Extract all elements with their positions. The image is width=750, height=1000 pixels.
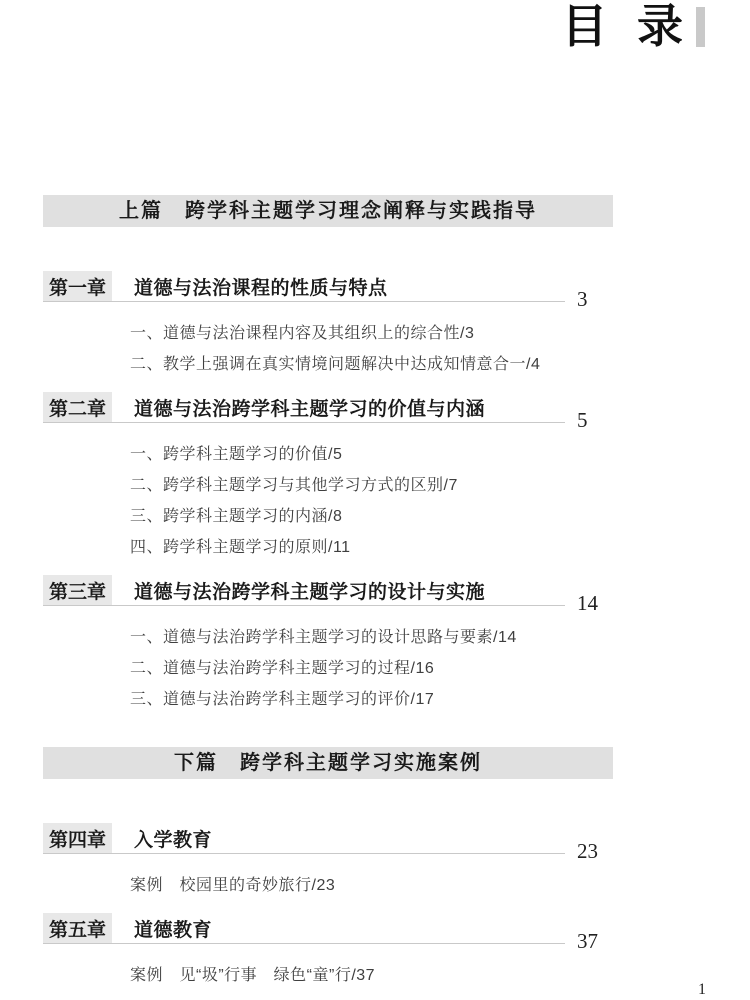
chapter-page-number: 37 bbox=[577, 929, 598, 954]
chapter-sub-items: 一、道德与法治课程内容及其组织上的综合性/3 二、教学上强调在真实情境问题解决中… bbox=[130, 318, 613, 380]
part-banner-lower: 下篇 跨学科主题学习实施案例 bbox=[43, 747, 613, 779]
chapter-page-number: 3 bbox=[577, 287, 588, 312]
chapter-entry-4: 第四章 入学教育 23 案例 校园里的奇妙旅行/23 bbox=[43, 823, 613, 901]
chapter-page-number: 23 bbox=[577, 839, 598, 864]
chapter-title: 入学教育 bbox=[134, 825, 212, 853]
toc-sub-item: 三、道德与法治跨学科主题学习的评价/17 bbox=[130, 684, 613, 715]
chapter-sub-items: 案例 见“圾”行事 绿色“童”行/37 bbox=[130, 960, 613, 991]
chapter-entry-1: 第一章 道德与法治课程的性质与特点 3 一、道德与法治课程内容及其组织上的综合性… bbox=[43, 271, 613, 380]
chapter-label: 第二章 bbox=[43, 392, 112, 422]
chapter-page-number: 14 bbox=[577, 591, 598, 616]
chapter-sub-items: 一、跨学科主题学习的价值/5 二、跨学科主题学习与其他学习方式的区别/7 三、跨… bbox=[130, 439, 613, 563]
chapter-leader-rule: 第五章 道德教育 bbox=[43, 913, 565, 944]
chapter-entry-3: 第三章 道德与法治跨学科主题学习的设计与实施 14 一、道德与法治跨学科主题学习… bbox=[43, 575, 613, 715]
chapter-row: 第四章 入学教育 23 bbox=[43, 823, 613, 854]
chapter-row: 第三章 道德与法治跨学科主题学习的设计与实施 14 bbox=[43, 575, 613, 606]
chapter-label: 第四章 bbox=[43, 823, 112, 853]
chapter-page-number: 5 bbox=[577, 408, 588, 433]
chapter-label: 第三章 bbox=[43, 575, 112, 605]
toc-sub-item: 二、跨学科主题学习与其他学习方式的区别/7 bbox=[130, 470, 613, 501]
chapter-leader-rule: 第二章 道德与法治跨学科主题学习的价值与内涵 bbox=[43, 392, 565, 423]
chapter-row: 第五章 道德教育 37 bbox=[43, 913, 613, 944]
chapter-sub-items: 一、道德与法治跨学科主题学习的设计思路与要素/14 二、道德与法治跨学科主题学习… bbox=[130, 622, 613, 715]
toc-sub-item: 二、道德与法治跨学科主题学习的过程/16 bbox=[130, 653, 613, 684]
chapter-leader-rule: 第一章 道德与法治课程的性质与特点 bbox=[43, 271, 565, 302]
title-accent-bar bbox=[696, 7, 705, 47]
chapter-title: 道德与法治跨学科主题学习的设计与实施 bbox=[134, 577, 485, 605]
toc-sub-item: 一、道德与法治课程内容及其组织上的综合性/3 bbox=[130, 318, 613, 349]
part-banner-upper: 上篇 跨学科主题学习理念阐释与实践指导 bbox=[43, 195, 613, 227]
toc-sub-item: 一、跨学科主题学习的价值/5 bbox=[130, 439, 613, 470]
chapter-leader-rule: 第三章 道德与法治跨学科主题学习的设计与实施 bbox=[43, 575, 565, 606]
chapter-label: 第五章 bbox=[43, 913, 112, 943]
folio-page-number: 1 bbox=[698, 981, 706, 999]
toc-sub-item: 三、跨学科主题学习的内涵/8 bbox=[130, 501, 613, 532]
toc-sub-item: 一、道德与法治跨学科主题学习的设计思路与要素/14 bbox=[130, 622, 613, 653]
chapter-title: 道德教育 bbox=[134, 915, 212, 943]
chapter-entry-2: 第二章 道德与法治跨学科主题学习的价值与内涵 5 一、跨学科主题学习的价值/5 … bbox=[43, 392, 613, 563]
toc-sub-item: 四、跨学科主题学习的原则/11 bbox=[130, 532, 613, 563]
chapter-label: 第一章 bbox=[43, 271, 112, 301]
chapter-row: 第一章 道德与法治课程的性质与特点 3 bbox=[43, 271, 613, 302]
chapter-leader-rule: 第四章 入学教育 bbox=[43, 823, 565, 854]
toc-case-item: 案例 校园里的奇妙旅行/23 bbox=[130, 870, 613, 901]
toc-sub-item: 二、教学上强调在真实情境问题解决中达成知情意合一/4 bbox=[130, 349, 613, 380]
toc-content: 上篇 跨学科主题学习理念阐释与实践指导 第一章 道德与法治课程的性质与特点 3 … bbox=[43, 0, 613, 991]
chapter-row: 第二章 道德与法治跨学科主题学习的价值与内涵 5 bbox=[43, 392, 613, 423]
chapter-entry-5: 第五章 道德教育 37 案例 见“圾”行事 绿色“童”行/37 bbox=[43, 913, 613, 991]
chapter-title: 道德与法治跨学科主题学习的价值与内涵 bbox=[134, 394, 485, 422]
toc-case-item: 案例 见“圾”行事 绿色“童”行/37 bbox=[130, 960, 613, 991]
chapter-title: 道德与法治课程的性质与特点 bbox=[134, 273, 388, 301]
chapter-sub-items: 案例 校园里的奇妙旅行/23 bbox=[130, 870, 613, 901]
